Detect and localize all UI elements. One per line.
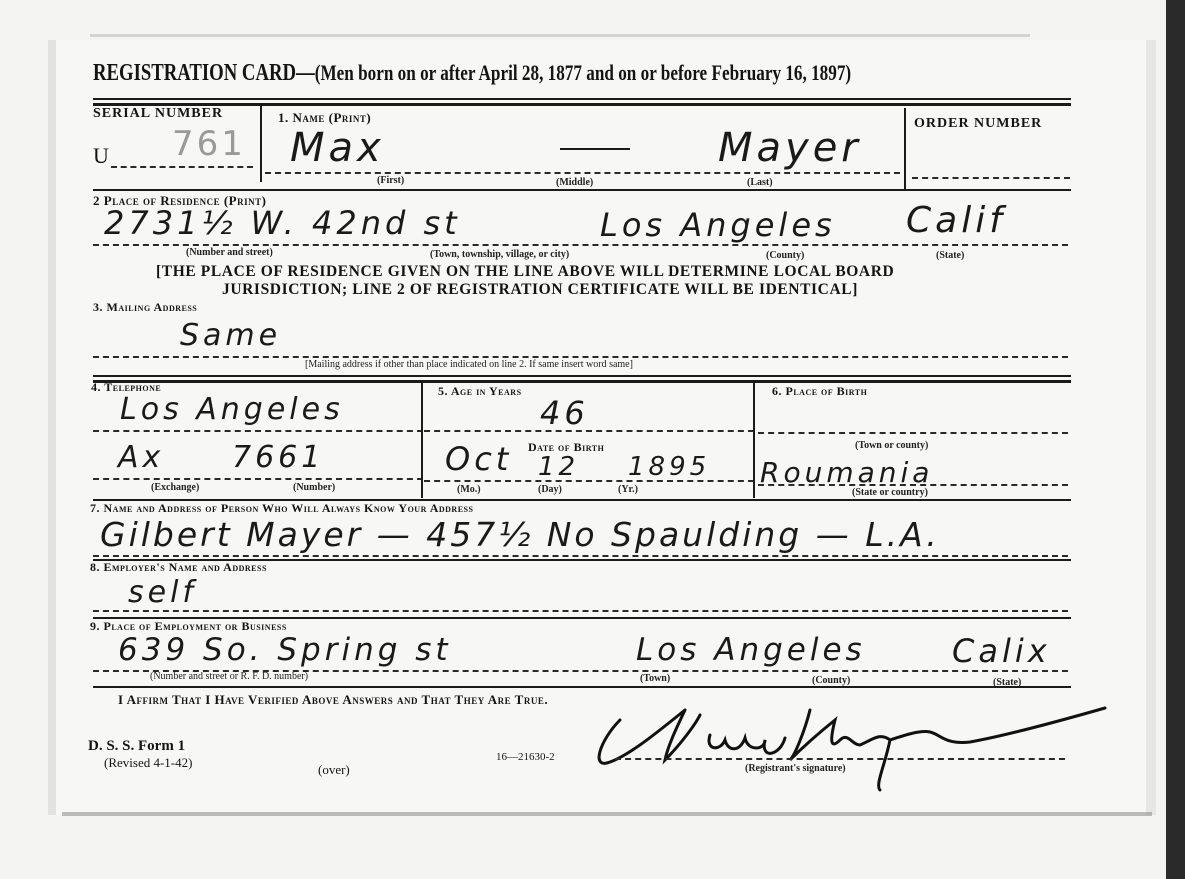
employer-line (93, 610, 1068, 612)
birthplace-town-line[interactable] (758, 432, 1068, 434)
employer-value[interactable]: self (128, 575, 197, 610)
contact-label: 7. Name and Address of Person Who Will A… (90, 501, 473, 516)
birthplace-town-caption: (Town or county) (855, 440, 928, 451)
mailing-line (93, 356, 1068, 358)
age-value[interactable]: 46 (540, 394, 589, 432)
rule (93, 98, 1071, 100)
divider (904, 108, 906, 190)
dob-line (424, 480, 754, 482)
name-last[interactable]: Mayer (718, 125, 862, 171)
title-qualifier: (Men born on or after April 28, 1877 and… (315, 60, 851, 85)
mailing-label: 3. Mailing Address (93, 300, 197, 315)
name-middle-dash[interactable] (560, 148, 630, 150)
card-bottom-shadow (62, 812, 1152, 816)
card-title: REGISTRATION CARD—(Men born on or after … (93, 60, 851, 87)
divider (421, 380, 423, 498)
number-caption: (Number) (293, 482, 335, 493)
signature-caption: (Registrant's signature) (745, 763, 846, 774)
dob-year[interactable]: 1895 (628, 452, 710, 482)
form-revision: (Revised 4-1-42) (104, 755, 192, 771)
name-first[interactable]: Max (290, 125, 385, 171)
residence-notice-2: JURISDICTION; LINE 2 OF REGISTRATION CER… (222, 281, 858, 299)
employer-label: 8. Employer's Name and Address (90, 560, 267, 575)
mailing-value[interactable]: Same (180, 318, 281, 353)
contact-line (93, 555, 1068, 557)
first-caption: (First) (377, 175, 404, 186)
street-caption: (Number and street) (186, 247, 273, 258)
telephone-line-1 (93, 430, 423, 432)
state-caption: (State) (936, 250, 964, 261)
signature-line[interactable] (615, 758, 1065, 760)
employment-street-caption: (Number and street or R. F. D. number) (150, 671, 308, 682)
name-label: 1. Name (Print) (278, 110, 371, 126)
birthplace-country-caption: (State or country) (852, 487, 928, 498)
form-code: 16—21630-2 (496, 751, 555, 763)
age-label: 5. Age in Years (438, 384, 522, 399)
birthplace-label: 6. Place of Birth (772, 384, 867, 399)
rule (93, 380, 1071, 383)
order-number-line[interactable] (912, 177, 1070, 179)
rule (93, 189, 1071, 191)
month-caption: (Mo.) (457, 484, 481, 495)
divider (753, 380, 755, 498)
rule (93, 375, 1071, 377)
dob-day[interactable]: 12 (538, 452, 579, 482)
divider (260, 106, 262, 182)
rule (93, 686, 1071, 688)
mailing-caption: [Mailing address if other than place ind… (305, 359, 633, 370)
town-caption: (Town, township, village, or city) (430, 249, 569, 260)
rule (93, 103, 1071, 106)
scanner-edge (1166, 0, 1185, 879)
telephone-city[interactable]: Los Angeles (120, 392, 344, 427)
title-main: REGISTRATION CARD— (93, 60, 315, 86)
form-name: D. S. S. Form 1 (88, 738, 185, 755)
over-indicator: (over) (318, 762, 350, 778)
employment-town-caption: (Town) (640, 673, 670, 684)
residence-state[interactable]: Calif (906, 200, 1006, 241)
birthplace-country-line (758, 484, 1068, 486)
signature-stroke (590, 690, 1120, 800)
age-line (424, 430, 754, 432)
contact-value[interactable]: Gilbert Mayer — 457½ No Spaulding — L.A. (100, 515, 940, 554)
serial-label: SERIAL NUMBER (93, 106, 223, 122)
order-number-label: ORDER NUMBER (914, 116, 1042, 132)
middle-caption: (Middle) (556, 177, 593, 188)
employment-town[interactable]: Los Angeles (636, 632, 866, 668)
county-caption: (County) (766, 250, 804, 261)
serial-prefix: U (93, 143, 109, 169)
employment-street[interactable]: 639 So. Spring st (118, 632, 452, 668)
telephone-exchange[interactable]: Ax (118, 440, 164, 475)
serial-line (111, 166, 253, 168)
year-caption: (Yr.) (618, 484, 638, 495)
employment-county-caption: (County) (812, 675, 850, 686)
exchange-caption: (Exchange) (151, 482, 199, 493)
affirmation-text: I Affirm That I Have Verified Above Answ… (118, 692, 548, 708)
telephone-line-2 (93, 478, 423, 480)
telephone-number[interactable]: 7661 (232, 440, 324, 475)
residence-notice-1: [THE PLACE OF RESIDENCE GIVEN ON THE LIN… (156, 263, 894, 281)
card-top-shadow (90, 34, 1030, 37)
serial-value[interactable]: 761 (172, 124, 246, 164)
dob-month[interactable]: Oct (445, 440, 512, 478)
last-caption: (Last) (747, 177, 773, 188)
residence-street[interactable]: 2731½ W. 42nd st (104, 204, 461, 242)
residence-town[interactable]: Los Angeles (600, 206, 836, 244)
day-caption: (Day) (538, 484, 562, 495)
name-line (265, 172, 900, 174)
residence-line (93, 244, 1068, 246)
employment-state[interactable]: Calix (952, 632, 1051, 670)
